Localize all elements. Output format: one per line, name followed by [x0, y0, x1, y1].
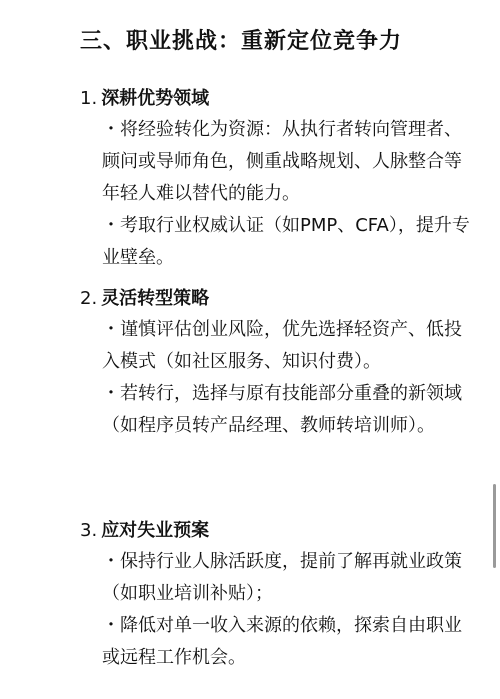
section-title: 灵活转型策略 [101, 288, 209, 309]
bullet-item: ・谨慎评估创业风险，优先选择轻资产、低投入模式（如社区服务、知识付费）。 [102, 314, 472, 378]
section-title: 深耕优势领域 [101, 88, 209, 109]
section-heading: 3.应对失业预案 [80, 516, 480, 546]
section-1: 1.深耕优势领域 ・将经验转化为资源：从执行者转向管理者、顾问或导师角色，侧重战… [80, 84, 480, 274]
document-page: 三、职业挑战：重新定位竞争力 1.深耕优势领域 ・将经验转化为资源：从执行者转向… [0, 0, 500, 699]
page-title: 三、职业挑战：重新定位竞争力 [80, 24, 402, 60]
bullet-item: ・考取行业权威认证（如PMP、CFA），提升专业壁垒。 [102, 210, 472, 274]
section-heading: 2.灵活转型策略 [80, 284, 480, 314]
section-2: 2.灵活转型策略 ・谨慎评估创业风险，优先选择轻资产、低投入模式（如社区服务、知… [80, 284, 480, 442]
bullet-item: ・若转行，选择与原有技能部分重叠的新领域（如程序员转产品经理、教师转培训师）。 [102, 378, 472, 442]
section-number: 2. [80, 288, 97, 309]
section-number: 1. [80, 88, 97, 109]
section-title: 应对失业预案 [101, 520, 209, 541]
bullet-item: ・保持行业人脉活跃度，提前了解再就业政策（如职业培训补贴）； [102, 546, 472, 610]
section-3: 3.应对失业预案 ・保持行业人脉活跃度，提前了解再就业政策（如职业培训补贴）； … [80, 516, 480, 674]
section-number: 3. [80, 520, 97, 541]
vertical-scrollbar[interactable] [493, 484, 496, 568]
bullet-item: ・降低对单一收入来源的依赖，探索自由职业或远程工作机会。 [102, 610, 472, 674]
section-heading: 1.深耕优势领域 [80, 84, 480, 114]
bullet-item: ・将经验转化为资源：从执行者转向管理者、顾问或导师角色，侧重战略规划、人脉整合等… [102, 114, 472, 210]
